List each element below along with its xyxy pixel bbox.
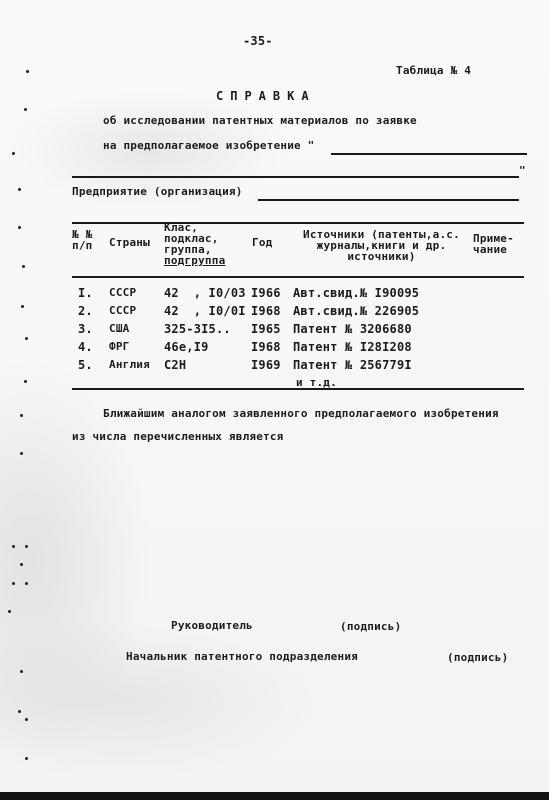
cell-year: I969 [251, 358, 281, 372]
cell-year: I966 [251, 286, 281, 300]
table-top-rule [72, 222, 524, 224]
cell-class: C2H [164, 358, 186, 372]
cell-num: I. [78, 286, 93, 300]
cell-source: Патент № 256779I [293, 358, 412, 372]
header-country: Страны [109, 236, 150, 249]
enterprise-label: Предприятие (организация) [72, 185, 243, 198]
punch-hole-mark [20, 670, 23, 673]
table-bottom-rule [72, 388, 524, 390]
punch-hole-mark [18, 188, 21, 191]
cell-class: 42 , I0/0I [164, 304, 246, 318]
header-note: Приме-чание [473, 233, 514, 255]
scan-edge [0, 792, 549, 800]
header-class: Клас,подклас,группа,подгруппа [164, 222, 225, 266]
cell-year: I965 [251, 322, 281, 336]
cell-country: СССР [109, 304, 136, 317]
cell-year: I968 [251, 340, 281, 354]
cell-class: 46e,I9 [164, 340, 209, 354]
punch-hole-mark [24, 108, 27, 111]
cell-country: США [109, 322, 129, 335]
cell-num: 2. [78, 304, 93, 318]
enterprise-line [258, 199, 519, 201]
cell-num: 4. [78, 340, 93, 354]
patent-chief-signature: (подпись) [447, 651, 508, 664]
invention-name-line [331, 153, 527, 155]
table-label: Таблица № 4 [396, 64, 471, 77]
cell-source: Патент № I28I208 [293, 340, 412, 354]
closing-quote: " [519, 164, 526, 177]
cell-class: 325-3I5.. [164, 322, 231, 336]
cell-num: 3. [78, 322, 93, 336]
punch-hole-mark [26, 70, 29, 73]
header-year: Год [252, 236, 272, 249]
punch-hole-mark [25, 582, 28, 585]
punch-hole-mark [25, 337, 28, 340]
punch-hole-mark [18, 226, 21, 229]
cell-class: 42 , I0/03 [164, 286, 246, 300]
document-title: СПРАВКА [216, 89, 316, 103]
punch-hole-mark [25, 757, 28, 760]
cell-country: СССР [109, 286, 136, 299]
punch-hole-mark [20, 563, 23, 566]
punch-hole-mark [25, 718, 28, 721]
punch-hole-mark [21, 305, 24, 308]
punch-hole-mark [8, 610, 11, 613]
punch-hole-mark [12, 545, 15, 548]
header-num: № №п/п [72, 229, 92, 251]
cell-country: Англия [109, 358, 150, 371]
header-sources: Источники (патенты,а.с.журналы,книги и д… [303, 229, 460, 262]
header-bottom-rule [72, 276, 524, 278]
patent-chief-label: Начальник патентного подразделения [126, 650, 358, 663]
cell-country: ФРГ [109, 340, 129, 353]
cell-source: Авт.свид.№ I90095 [293, 286, 419, 300]
punch-hole-mark [22, 265, 25, 268]
analog-line-1: Ближайшим аналогом заявленного предполаг… [103, 407, 499, 420]
punch-hole-mark [12, 582, 15, 585]
head-label: Руководитель [171, 619, 253, 632]
cell-year: I968 [251, 304, 281, 318]
document-page: -35- Таблица № 4 СПРАВКА об исследовании… [0, 0, 549, 800]
head-signature: (подпись) [340, 620, 401, 633]
cell-source: Авт.свид.№ 226905 [293, 304, 419, 318]
subtitle-line-1: об исследовании патентных материалов по … [103, 114, 417, 127]
punch-hole-mark [12, 152, 15, 155]
punch-hole-mark [20, 414, 23, 417]
punch-hole-mark [18, 710, 21, 713]
subtitle-line-2: на предполагаемое изобретение " [103, 139, 315, 152]
analog-line-2: из числа перечисленных является [72, 430, 284, 443]
cell-source: Патент № 3206680 [293, 322, 412, 336]
cell-num: 5. [78, 358, 93, 372]
punch-hole-mark [20, 452, 23, 455]
punch-hole-mark [25, 545, 28, 548]
punch-hole-mark [24, 380, 27, 383]
page-number: -35- [243, 34, 273, 48]
invention-name-line-2 [72, 176, 519, 178]
